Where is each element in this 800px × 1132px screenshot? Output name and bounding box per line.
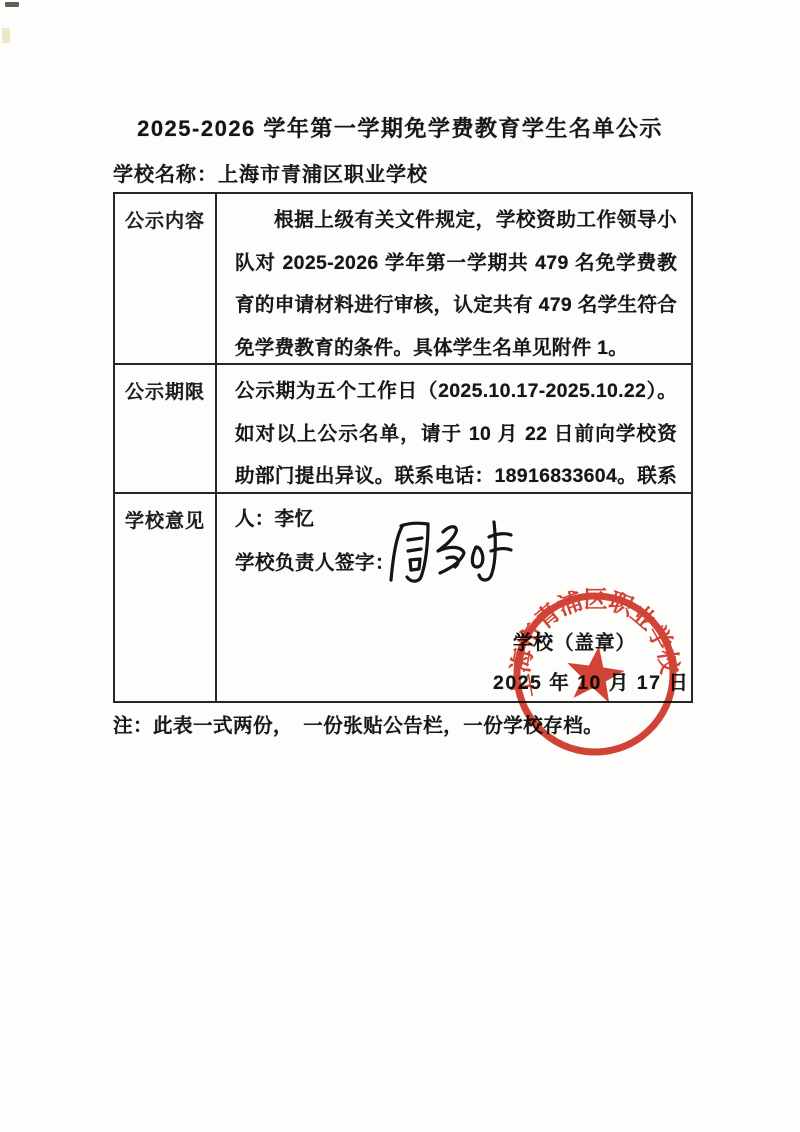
scan-artifact-mark: [2, 28, 10, 43]
date-line: 2025 年 10 月 17 日: [493, 662, 689, 705]
row-label-school-opinion: 学校意见: [115, 492, 217, 701]
row-content-public-content: 根据上级有关文件规定，学校资助工作领导小队对 2025-2026 学年第一学期共…: [217, 194, 691, 363]
footer-note: 注：此表一式两份， 一份张贴公告栏，一份学校存档。: [113, 710, 603, 738]
row-content-school-opinion: 学校负责人签字： 学校（盖章） 2025 年 10 月 17 日: [217, 492, 691, 701]
notice-table: 公示内容 根据上级有关文件规定，学校资助工作领导小队对 2025-2026 学年…: [113, 192, 693, 703]
public-content-paragraph: 根据上级有关文件规定，学校资助工作领导小队对 2025-2026 学年第一学期共…: [235, 199, 677, 369]
scan-artifact-mark: [5, 2, 19, 7]
stamp-caption: 学校（盖章）: [513, 622, 636, 665]
row-content-public-period: 公示期为五个工作日（2025.10.17-2025.10.22）。如对以上公示名…: [217, 363, 691, 492]
document-page: 2025-2026 学年第一学期免学费教育学生名单公示 学校名称：上海市青浦区职…: [0, 0, 800, 1132]
handwritten-signature: [377, 516, 527, 600]
school-name-line: 学校名称：上海市青浦区职业学校: [113, 158, 428, 187]
page-title: 2025-2026 学年第一学期免学费教育学生名单公示: [0, 112, 800, 143]
row-label-public-period: 公示期限: [115, 363, 217, 492]
signature-label: 学校负责人签字：: [235, 542, 395, 585]
row-label-public-content: 公示内容: [115, 194, 217, 363]
